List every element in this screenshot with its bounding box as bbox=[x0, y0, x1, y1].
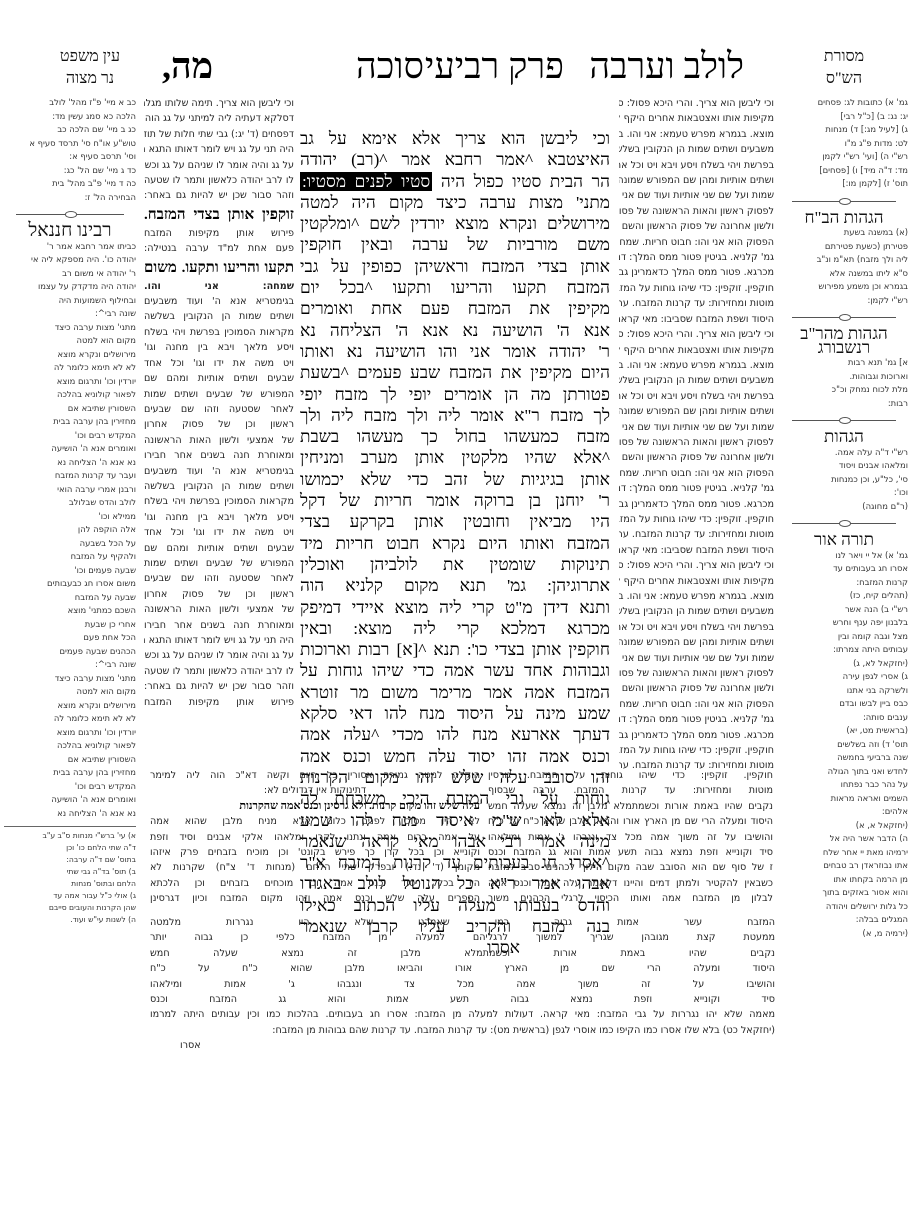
rashi-line: בפרשת ויהי בשלח ויסע ויבא ויט וכל אחד וא… bbox=[619, 620, 774, 635]
margin-left: כב א מיי' פ"ז מהל' לולב הלכה כא סמג עשין… bbox=[4, 96, 136, 926]
rashi-line: גמ' קלניא. בגיטין פטור ממס המלך: דמיפק bbox=[619, 481, 774, 496]
gemara-line: אותן בצדי המזבח וראשיהן כפופין על גבי bbox=[300, 256, 610, 277]
chananel-line: ובחילוף השמועות היה bbox=[4, 294, 136, 308]
torah-or-line: עבותים היתה צמרתו: bbox=[780, 643, 908, 657]
chananel-line: מירושלים ונקרא מוצא bbox=[4, 348, 136, 362]
rashi-line: לפסוק ראשון והאות הראשונה של פסוק אמצעי bbox=[619, 204, 774, 219]
rabbeinu-chananel-section: רבינו חננאל כביתו אמר רחבא אמר ר' יהודה … bbox=[4, 224, 136, 820]
chananel-line: ואומרים אנא ה' הושיעה bbox=[4, 793, 136, 807]
masoret-hashas-heading: מסורת הש"ס bbox=[784, 46, 904, 89]
rashi-line: ושתים אותיות ומהן שם המפורש שמונה שבעים … bbox=[619, 404, 774, 419]
tosafot-line: שמחה: אני והו. bbox=[144, 279, 294, 294]
tosafot-bottom-line: דתינוקות אין דגדולים לא: bbox=[150, 783, 480, 798]
rashi-bottom-line: היסוד ומעלה הרי שם מן הארץ אורו והביאו מ… bbox=[488, 814, 773, 829]
margin-right-section-3: הגהות רש"י ד"ה עלה אמה. ומלאהו אבנים ויס… bbox=[780, 430, 908, 513]
gemara-line: ^אלא שהיו מלקטין אותן מערב ומניחין bbox=[300, 447, 610, 468]
chananel-line: מחזירין בהן ערבה בבית bbox=[4, 415, 136, 429]
gemara-line: מכרגא דמלכא קרי ליה מוצא: ובאין bbox=[300, 618, 610, 639]
gemara-line: מקיפין את המזבח פעם אחת ואומרים bbox=[300, 298, 610, 319]
chananel-line: ואומרים אנא ה' הושיעה bbox=[4, 442, 136, 456]
bottom-line: (יחזקאל כט) בלא שלו אסרו כמו הקיפו כמו א… bbox=[150, 1023, 775, 1038]
ein-mishpat-line: כג ב מיי' שם הלכה כב bbox=[4, 123, 136, 137]
hagahot-heading: הגהות bbox=[780, 430, 908, 444]
rashi-line: הפסוק הוא אני והו: חבוט חריות. שמחבטין א… bbox=[619, 697, 774, 712]
bottom-line: המזבח עשר אמות גבוה כמו שאמרנו שלא היו נ… bbox=[150, 915, 775, 930]
chananel-line: נא אנא ה' הצליחה נא bbox=[4, 456, 136, 470]
ein-mishpat-line: כב א מיי' פ"ז מהל' לולב bbox=[4, 96, 136, 110]
perek-title: פרק רביעי bbox=[425, 48, 564, 84]
rashi-line: וכי ליבשן הוא צריך. והרי היכא פסול: סטיו… bbox=[619, 327, 774, 342]
bottom-line: ממעטת קצת מגובהן שגריך למשוך לרגליהם למע… bbox=[150, 930, 775, 945]
torah-or-line: אתו נבוזראדן רב טבחים bbox=[780, 859, 908, 873]
hagahot-line: ומלאהו אבנים ויסוד bbox=[780, 459, 908, 473]
maharab-line: רבות: bbox=[780, 397, 908, 411]
chananel-line: הכל אחת פעם bbox=[4, 631, 136, 645]
rashi-line: חוקפין. זוקפין: כדי שיהו גוחות על המזבח.… bbox=[619, 743, 774, 758]
rashi-line: ושתים אותיות ומהן שם המפורש שמונה שבעים … bbox=[619, 635, 774, 650]
gemara-line: היום מקיפין את המזבח שבע פעמים ^בשעת bbox=[300, 362, 610, 383]
tosafot-line: שבעים ושתים אותיות ומהם שם bbox=[144, 541, 294, 556]
margin-right-section-0: גמ' א) כתובות לג: פסחים יג: נג: ב) [כ"ל … bbox=[780, 96, 908, 191]
gemara-line: ותנא דידן מ"ט קרי ליה מוצא איידי דמיפק bbox=[300, 597, 610, 618]
ein-mishpat-heading: עין משפט נר מצוה bbox=[40, 46, 140, 89]
torah-or-line: (יחזקאל לא, ג) bbox=[780, 657, 908, 671]
rashi-line: היסוד ושפת המזבח שסביבו: מאי קראה. אסרו … bbox=[619, 543, 774, 558]
masoret-line: רש"י ה) [ועי' רש"י לקמן bbox=[780, 150, 908, 164]
tosafot-line: מקראות הסמוכין בפרשת ויהי בשלח bbox=[144, 325, 294, 340]
rashi-line: היסוד ושפת המזבח שסביבו: מאי קראה. אסרו … bbox=[619, 312, 774, 327]
tosafot-line: המפורש של שבעים ושתים שמות bbox=[144, 387, 294, 402]
chananel-line: ממילא וכו' bbox=[4, 510, 136, 524]
highlighted-phrase[interactable]: סטיו לפנים מסטיו: bbox=[300, 172, 432, 191]
torah-or-line: על נהר כבר נפתחו bbox=[780, 778, 908, 792]
rashi-line: שמות ועל שם שני אותיות ועוד שם אני והו bbox=[619, 420, 774, 435]
gemara-line: אתרוגיהן: גמ' תנא מקום קלניא הוה bbox=[300, 575, 610, 596]
rashi-line: בפרשת ויהי בשלח ויסע ויבא ויט וכל אחד וא… bbox=[619, 158, 774, 173]
torah-or-line: שנה ברביעי בחמשה bbox=[780, 751, 908, 765]
torah-or-line: רש"י ב) הנה אשר bbox=[780, 603, 908, 617]
tosafot-bottom: הוקלה למטה גמורה אסורין כל היום וקשה דא"… bbox=[150, 768, 480, 907]
tosafot-line: היה תני על גג ויש לומר דאותו התגא היה שו… bbox=[144, 633, 294, 648]
margin-left-footnotes: א) עי' ברש"י מנחות ס"ב ע"ב ד"ה שתי הלחם … bbox=[4, 826, 136, 926]
rashi-line: גמ' קלניא. בגיטין פטור ממס המלך: דמיפק bbox=[619, 712, 774, 727]
tosafot-line: ומאוחרת חנה בשנים אחר חבירו bbox=[144, 448, 294, 463]
chananel-line: לפאור קולוניא בהלכה bbox=[4, 388, 136, 402]
tosafot-line: ומאוחרת חנה בשנים אחר חבירו bbox=[144, 618, 294, 633]
masoret-title: מסורת bbox=[784, 46, 904, 68]
chananel-line: המקדש רבים וכו' bbox=[4, 780, 136, 794]
rashi-bottom-line: סיד וקונייא וזפת נמצא גבוה תשע אמות והוא… bbox=[488, 845, 773, 860]
tosafot-line: מקראות הסמוכין בפרשת ויהי בשלח bbox=[144, 494, 294, 509]
rashi-line: ושתים אותיות ומהן שם המפורש שמונה שבעים … bbox=[619, 173, 774, 188]
rashi-line: גמ' קלניא. בגיטין פטור ממס המלך: דמיפק bbox=[619, 250, 774, 265]
rabbeinu-chananel-heading: רבינו חננאל bbox=[4, 224, 136, 238]
rashi-line: חוקפין. זוקפין: כדי שיהו גוחות על המזבח.… bbox=[619, 281, 774, 296]
torah-or-heading: תורה אור bbox=[780, 533, 908, 547]
gemara-line: וכנס אמה זהו יסוד עלה חמש וכנס אמה bbox=[300, 746, 610, 767]
rashi-line: שמות ועל שם שני אותיות ועוד שם אני והו bbox=[619, 651, 774, 666]
bottom-line: היסוד ומעלה הרי שם מן הארץ אורו והביאו מ… bbox=[150, 961, 775, 976]
tosafot-line: על גג והיה אומר לו שניהם על גג וכשהגיע bbox=[144, 158, 294, 173]
rashi-line: בפרשת ויהי בשלח ויסע ויבא ויט וכל אחד וא… bbox=[619, 389, 774, 404]
hagahot-line: (ר"ם מחוגה) bbox=[780, 500, 908, 514]
torah-or-line: ה) הדבר אשר היה אל bbox=[780, 832, 908, 846]
gemara-line: לך מזבח ר"א אומר ליה ולך מזבח ליה ולך bbox=[300, 405, 610, 426]
footnote-line: שהן הקרנות והעובים סייבם bbox=[4, 902, 136, 914]
tosafot-line: וכי ליבשן הוא צריך. תימה שלותו מגלה נתחל… bbox=[144, 96, 294, 111]
torah-or-line: ירמיהו מאת יי אחר שלח bbox=[780, 846, 908, 860]
tosafot-line: בגימטריא אנא ה' ועוד משבעים bbox=[144, 294, 294, 309]
chananel-line: השסורין שתיבא אם bbox=[4, 753, 136, 767]
tosafot-line: פירוש אותן מקיפות המזבח bbox=[144, 695, 294, 710]
masoret-line: גמ' א) כתובות לג: פסחים bbox=[780, 96, 908, 110]
masoret-line: ג) [לעיל מג:] ד) מנחות bbox=[780, 123, 908, 137]
rashi-bottom-line: ז של סוף שם הוא הסובב שבה מקום הילוך לכה… bbox=[488, 860, 773, 875]
gemara-line: תינוקות שומטין את לולביהן ואוכלין bbox=[300, 554, 610, 575]
rashi-line: מקיפות אותו ואצטבאות אחרים היקף לפנים מה… bbox=[619, 343, 774, 358]
tosafot-line: שבעים ושתים אותיות ומהם שם bbox=[144, 371, 294, 386]
bottom-catchword: אסרו bbox=[150, 1038, 775, 1053]
masoret-line: תוס' ז) [לקמן מו:] bbox=[780, 177, 908, 191]
rashi-line: משבעים ושתים שמות הן הנקובין בשלשה מקראו… bbox=[619, 373, 774, 388]
tosafot-line: היה תני על גג ויש לומר דאותו התגא היה שו… bbox=[144, 142, 294, 157]
rashi-line: מכרגא. פטור ממס המלך כדאמרינן גבי נחום: … bbox=[619, 265, 774, 280]
rashi-line: משבעים ושתים שמות הן הנקובין בשלשה מקראו… bbox=[619, 604, 774, 619]
tosafot-line: של אמצעי ולשון האות הראשונה bbox=[144, 602, 294, 617]
mishnah-start-line: מתני' מצות ערבה כיצד מקום היה למטה bbox=[300, 192, 610, 213]
chananel-line: אחרי כן שבעת bbox=[4, 618, 136, 632]
chananel-line: לולב והדס שבלולב bbox=[4, 496, 136, 510]
gemara-line: המזבח תקעו והריעו ותקעו ^בכל יום bbox=[300, 277, 610, 298]
torah-or-line: ענבים סותה: bbox=[780, 711, 908, 725]
ein-mishpat-section: כב א מיי' פ"ז מהל' לולב הלכה כא סמג עשין… bbox=[4, 96, 136, 204]
chananel-line: כביתו אמר רחבא אמר ר' bbox=[4, 240, 136, 254]
chapter-title: לולב וערבה bbox=[589, 48, 744, 84]
tosafot-line: ויסע מלאך ויבא בין מחנה וגו' bbox=[144, 340, 294, 355]
chananel-line: ורבנן אמרי ערבה הואי bbox=[4, 483, 136, 497]
bottom-line: והושיבו על זה משוך אמה מכל צד ונגבהו ג' … bbox=[150, 977, 775, 992]
hagahot-habach-heading: הגהות הב"ח bbox=[780, 211, 908, 225]
gemara-line: האיצטבא ^אמר רחבא אמר ^(רב) יהודה bbox=[300, 149, 610, 170]
rashi-line: וכי ליבשן הוא צריך. והרי היכא פסול: סטיו… bbox=[619, 96, 774, 111]
bach-line: בגמרא וכן משמע מפירוש bbox=[780, 280, 908, 294]
torah-or-line: אסרו חג בעבותים עד bbox=[780, 562, 908, 576]
chananel-line: מירושלים ונקרא מוצא bbox=[4, 699, 136, 713]
rashi-line: ולשון אחרונה של פסוק הראשון והשם הבא מרא… bbox=[619, 219, 774, 234]
chananel-line: מקום הוא למטה bbox=[4, 334, 136, 348]
torah-or-line: השמים ואראה מראות bbox=[780, 792, 908, 806]
gemara-line: ר' יהודה אומר אני והו הושיעה נא ואותו bbox=[300, 341, 610, 362]
ornament-divider bbox=[792, 519, 896, 527]
chananel-line: ר' יהודה אי משום רב bbox=[4, 267, 136, 281]
tosafot-line: ויסע מלאך ויבא בין מחנה וגו' bbox=[144, 510, 294, 525]
gemara-line: ר' יוחנן בן ברוקה אומר חריות של דקל bbox=[300, 490, 610, 511]
tosafot-bottom-line: וקונייא וכן בכל קרן כך פירש בקונט' וכן מ… bbox=[150, 845, 480, 860]
bach-line: (א) במשנה בשעת bbox=[780, 226, 908, 240]
chananel-line: מקום הוא למטה bbox=[4, 685, 136, 699]
margin-right-section-2: הגהות מהר"ב רנשבורג א] גמ' תנא רבות וארו… bbox=[780, 327, 908, 410]
chananel-line: נא אנא ה' הצליחה נא bbox=[4, 807, 136, 821]
bach-line: פטירתן (כשעת פטירתם bbox=[780, 240, 908, 254]
torah-or-line: מן הרמה בקחתו אתו bbox=[780, 873, 908, 887]
footnote-line: ד"ה שתי הלחם כו' וכן bbox=[4, 842, 136, 854]
chananel-line: השכם כמתני' מוצא bbox=[4, 604, 136, 618]
chananel-line: שונה רבי^: bbox=[4, 307, 136, 321]
chananel-line: יהודה כו'. היה מספקא ליה אי bbox=[4, 253, 136, 267]
tosafot-line: המפורש של שבעים ושתים שמות bbox=[144, 556, 294, 571]
footnote-line: ג) אולי כ"ל עבור אמה עד bbox=[4, 890, 136, 902]
tosafot-commentary: וכי ליבשן הוא צריך. תימה שלותו מגלה נתחל… bbox=[144, 96, 294, 710]
tosafot-bottom-line: הספרים עלה שלש וכנס אמה וזהו מקום המזבח … bbox=[150, 891, 480, 906]
rashi-line: ולשון אחרונה של פסוק הראשון והשם הבא מרא… bbox=[619, 681, 774, 696]
rashi-bottom-line: נקבים שהיו באמת אורות וכשמתמלא מלבן זה נ… bbox=[488, 799, 773, 814]
bach-line: ס"א ליתו במשנה אלא bbox=[780, 267, 908, 281]
chananel-line: אלה הוקפה להן bbox=[4, 523, 136, 537]
ein-mishpat-line: כד ג מיי' שם הל' כג: bbox=[4, 164, 136, 178]
gemara-line: שמע מינה על היסוד מנח להו דאי סלקא bbox=[300, 703, 610, 724]
chananel-line: שבעה פעמים וכו' bbox=[4, 564, 136, 578]
rashi-line: מוצא. בגמרא מפרש טעמא: אני והו. בגימטריא… bbox=[619, 127, 774, 142]
footnote-line: ב) תוס' בד"ה גבי שתי bbox=[4, 866, 136, 878]
torah-or-line: מצל וגבה קומה ובין bbox=[780, 630, 908, 644]
torah-or-line: תוס' ד) וזה בשלשים bbox=[780, 738, 908, 752]
hagahot-maharab-heading: הגהות מהר"ב רנשבורג bbox=[780, 327, 908, 354]
masoret-line: לט: מדות פ"ג מ"ו bbox=[780, 137, 908, 151]
tosafot-bottom-line: לא היו מסוכין לפנים כלום אלא מניח מלבן ש… bbox=[150, 814, 480, 829]
tosafot-line: וזהר סבור שכן יש להיות גם באחר: bbox=[144, 188, 294, 203]
bottom-commentary: המזבח עשר אמות גבוה כמו שאמרנו שלא היו נ… bbox=[150, 915, 775, 1054]
gemara-line: פטורתן מה הן אומרים יופי לך מזבח יופי bbox=[300, 384, 610, 405]
gemara-line: אנא ה' הושיעה נא אנא ה' הצליחה נא bbox=[300, 320, 610, 341]
bach-line: ליה ולך מזבח) תא"מ ונ"ב bbox=[780, 253, 908, 267]
rashi-line: הפסוק הוא אני והו: חבוט חריות. שמחבטין א… bbox=[619, 235, 774, 250]
chananel-line: מתני' מצות ערבה כיצד bbox=[4, 672, 136, 686]
maharab-line: א] גמ' תנא רבות bbox=[780, 356, 908, 370]
chananel-line: יהודה היה מדקדק על עצמו bbox=[4, 280, 136, 294]
tosafot-bottom-line: הוקלה למטה גמורה אסורין כל היום וקשה דא"… bbox=[150, 768, 480, 783]
chananel-line: לפאור קולוניא בהלכה bbox=[4, 739, 136, 753]
gemara-line: הר הבית סטיו כפול היה סטיו לפנים מסטיו: bbox=[300, 171, 610, 192]
torah-or-line: לחדש ואני בתוך הגולה bbox=[780, 765, 908, 779]
torah-or-line: (תהלים קיח, כז) bbox=[780, 589, 908, 603]
tosafot-line: בגימטריא אנא ה' ועוד משבעים bbox=[144, 464, 294, 479]
maharab-line: מלת לכוח נמחק וכ"כ bbox=[780, 383, 908, 397]
tosafot-line: דסלקא דעתיה ליה למיתני על גג הוה תני על … bbox=[144, 111, 294, 126]
chananel-line: משום אסרו חג כבעבותים bbox=[4, 577, 136, 591]
gemara-line: אותן בגיגיות של זהב כדי שלא יכמושו bbox=[300, 469, 610, 490]
hagahot-line: סי', כל"ע, וכן כמנחות bbox=[780, 473, 908, 487]
hagahot-line: וכו': bbox=[780, 486, 908, 500]
chananel-line: שבעה על המזבח bbox=[4, 591, 136, 605]
ein-mishpat-line: וסי' תרסב סעיף א: bbox=[4, 150, 136, 164]
gemara-line: מירושלים ונקרא מוצא יורדין לשם ^ומלקטין bbox=[300, 213, 610, 234]
gemara-line: משם מורביות של ערבה ובאין חוקפין bbox=[300, 234, 610, 255]
bach-line: רש"י לקמן: bbox=[780, 294, 908, 308]
chananel-line: לא לא תימא כלומר לה bbox=[4, 361, 136, 375]
tosafot-line: ושתים שמות הן הנקובין בשלשה bbox=[144, 479, 294, 494]
tosafot-line: של אמצעי ולשון האות הראשונה bbox=[144, 433, 294, 448]
ein-mishpat-line: טוש"ע או"ח סי' תרסד סעיף א bbox=[4, 137, 136, 151]
torah-or-line: המגלים בבלה: bbox=[780, 913, 908, 927]
gemara-line: היו מביאין וחובטין אותן בקרקע בצדי bbox=[300, 511, 610, 532]
rashi-bottom-line: והושיבו על זה משוך אמה מכל צד ונגבהו ג' … bbox=[488, 830, 773, 845]
tosafot-dh-ola: עלה שלש זהו מקום קרנות. ולא גרסינן וכנס … bbox=[239, 800, 480, 812]
torah-or-line: קרנות המזבח: bbox=[780, 576, 908, 590]
gemara-line: המזבח ואותו היום נקרא חבוט חריות מיד bbox=[300, 533, 610, 554]
chananel-line: הכהנים שבעה פעמים bbox=[4, 645, 136, 659]
torah-or-line: (יחזקאל א, א) bbox=[780, 819, 908, 833]
tosafot-line: וזהר סבור שכן יש להיות גם באחר: bbox=[144, 679, 294, 694]
masoret-subtitle: הש"ס bbox=[784, 68, 904, 90]
ein-mishpat-line: הבחירה הל' ז: bbox=[4, 191, 136, 205]
ornament-divider bbox=[792, 197, 896, 205]
footnote-line: ה) לשנות עי"ש ועוד. bbox=[4, 914, 136, 926]
tosafot-bottom-line: על אמה ברום אמה ונתנו לקרן ומלאהו אלקי א… bbox=[150, 830, 480, 845]
torah-or-line: ג) אסרי לגפן עירה bbox=[780, 670, 908, 684]
maharab-line: וארוכות וגבוהות. bbox=[780, 370, 908, 384]
chananel-line: יורדין וכו' ותרגום מוצא bbox=[4, 726, 136, 740]
gemara-line: מזבח כמעשהו בחול כך מעשהו בשבת bbox=[300, 426, 610, 447]
gemara-line-text: הר הבית סטיו כפול היה bbox=[441, 172, 610, 191]
ein-mishpat-line: כה ד מיי' פ"ב מהל' בית bbox=[4, 177, 136, 191]
rashi-line: מוטות ומחזירות: עד קרנות המזבח. ערבה שבס… bbox=[619, 296, 774, 311]
tractate-title: סוכה bbox=[356, 48, 424, 84]
footnote-line: הלחם ובתוס' מנחות bbox=[4, 878, 136, 890]
tosafot-dibbur-hamatchil: עלה שלש זהו מקום קרנות. ולא גרסינן וכנס … bbox=[150, 799, 480, 814]
rashi-line: לפסוק ראשון והאות הראשונה של פסוק אמצעי bbox=[619, 666, 774, 681]
torah-or-line: והוא אסור באזקים בתוך bbox=[780, 886, 908, 900]
rashi-line: חוקפין. זוקפין: כדי שיהו גוחות על המזבח.… bbox=[619, 512, 774, 527]
torah-or-line: גמ' א) אל יי ויאר לנו bbox=[780, 549, 908, 563]
gemara-line: וכי ליבשן הוא צריך אלא אימא על גב bbox=[300, 128, 610, 149]
chananel-line: מחזירין בהן ערבה בבית bbox=[4, 766, 136, 780]
tosafot-dibbur-hamatchil: זוקפין אותן בצדי המזבח. bbox=[144, 204, 294, 226]
bottom-line: נקבים שהיו באמת אורות וכשמתמלא מלבן זה נ… bbox=[150, 946, 775, 961]
rashi-bottom-line: כשבאין להקטיר ולמתן דמים והיינו דקאמר על… bbox=[488, 876, 773, 891]
rashi-bottom-line: מוטות ומחזירות: עד קרנות המזבח. ערבה שבס… bbox=[488, 783, 773, 798]
margin-right-section-1: הגהות הב"ח (א) במשנה בשעת פטירתן (כשעת פ… bbox=[780, 211, 908, 308]
gemara-line: המזבח אמה אמר מרימר משום מר זוטרא bbox=[300, 682, 610, 703]
ornament-divider bbox=[792, 416, 896, 424]
chananel-line: השסורין שתיבא אם bbox=[4, 402, 136, 416]
gemara-line: דעתך אארעא מנח להו מכדי ^עלה אמה bbox=[300, 724, 610, 745]
tosafot-line: פעם אחת למ"ד ערבה בנטילה: bbox=[144, 241, 294, 256]
chananel-line: על הכל בשבעה bbox=[4, 537, 136, 551]
torah-or-line: (בראשית מט, יא) bbox=[780, 724, 908, 738]
masoret-line: מד: ד"ה מיד] ו) [פסחים] bbox=[780, 164, 908, 178]
rashi-line: לפסוק ראשון והאות הראשונה של פסוק אמצעי bbox=[619, 435, 774, 450]
torah-or-line: כבס ביין לבשו ובדם bbox=[780, 697, 908, 711]
torah-or-line: כל גלות ירושלים ויהודה bbox=[780, 900, 908, 914]
tosafot-bottom-line: מקומן (ד' נד.) ובפרק שתי הלחם (מנחות ד' … bbox=[150, 860, 480, 875]
chananel-line: המקדש רבים וכו' bbox=[4, 429, 136, 443]
tosafot-line: לו לרב יהודה כלאשון ותמר לו שטעה bbox=[144, 173, 294, 188]
rashi-line: מכרגא. פטור ממס המלך כדאמרינן גבי נחום: … bbox=[619, 728, 774, 743]
rashi-line: מוטות ומחזירות: עד קרנות המזבח. ערבה שבס… bbox=[619, 527, 774, 542]
bottom-line: מאמה שלא יהו נגררות על גבי המזבח: מאי קר… bbox=[150, 1007, 775, 1022]
gemara-line: וגבוהות אחד עשר אמה כדי שיהו גוחות על bbox=[300, 660, 610, 681]
rashi-line: ולשון אחרונה של פסוק הראשון והשם הבא מרא… bbox=[619, 450, 774, 465]
torah-or-line: בלבנון יפה ענף וחרש bbox=[780, 616, 908, 630]
tosafot-line: לאחר שסטעה וזהו שם שבעים bbox=[144, 571, 294, 586]
tosafot-line: על גג והיה אומר לו שניהם על גג וכשהגיע bbox=[144, 648, 294, 663]
chananel-line: יורדין וכו' ותרגום מוצא bbox=[4, 375, 136, 389]
footnote-line: א) עי' ברש"י מנחות ס"ב ע"ב bbox=[4, 830, 136, 842]
rashi-bottom: חוקפין. זוקפין: כדי שיהו גוחות על המזבח.… bbox=[488, 768, 773, 907]
margin-right: גמ' א) כתובות לג: פסחים יג: נג: ב) [כ"ל … bbox=[780, 96, 908, 940]
tosafot-bottom-line: היו בכלל יסוד וכנס אמה וכן מוכחים בזבחים… bbox=[150, 876, 480, 891]
tosafot-dibbur-hamatchil: תקעו והריעו ותקעו. משום bbox=[144, 257, 294, 279]
rashi-line: מקיפות אותו ואצטבאות אחרים היקף לפנים מה… bbox=[619, 574, 774, 589]
ornament-divider bbox=[792, 313, 896, 321]
ein-mishpat-title: עין משפט bbox=[40, 46, 140, 68]
chananel-line: שונה רבי^: bbox=[4, 658, 136, 672]
daf-number: מה, bbox=[162, 48, 213, 84]
tosafot-line: ראשון וכן של פסוק אחרון bbox=[144, 417, 294, 432]
tosafot-line: לו לרב יהודה כלאשון ותמר לו שטעה bbox=[144, 664, 294, 679]
rashi-line: הפסוק הוא אני והו: חבוט חריות. שמחבטין א… bbox=[619, 466, 774, 481]
hagahot-line: רש"י ד"ה עלה אמה. bbox=[780, 446, 908, 460]
rashi-line: שמות ועל שם שני אותיות ועוד שם אני והו bbox=[619, 188, 774, 203]
torah-or-line: (ירמיה מ, א) bbox=[780, 927, 908, 941]
tosafot-line: דפסחים (ד' יג:) גבי שתי חלות של תודה דה"… bbox=[144, 127, 294, 142]
tosafot-line: ראשון וכן של פסוק אחרון bbox=[144, 587, 294, 602]
chananel-line: ולהקיף על המזבח bbox=[4, 550, 136, 564]
ein-mishpat-line: הלכה כא סמג עשין מד: bbox=[4, 110, 136, 124]
tosafot-line: ויט משה את ידו וגו' וכל אחד bbox=[144, 525, 294, 540]
rashi-bottom-line: חוקפין. זוקפין: כדי שיהו גוחות על המזבח.… bbox=[488, 768, 773, 783]
rashi-line: מוצא. בגמרא מפרש טעמא: אני והו. בגימטריא… bbox=[619, 589, 774, 604]
tosafot-line: לאחר שסטעה וזהו שם שבעים bbox=[144, 402, 294, 417]
footnote-line: בתוס' שם ד"ה ערבה: bbox=[4, 854, 136, 866]
tosafot-line: ויט משה את ידו וגו' וכל אחד bbox=[144, 356, 294, 371]
ein-mishpat-subtitle: נר מצוה bbox=[40, 68, 140, 90]
rashi-line: משבעים ושתים שמות הן הנקובין בשלשה מקראו… bbox=[619, 142, 774, 157]
ornament-divider bbox=[16, 210, 124, 218]
rashi-line: וכי ליבשן הוא צריך. והרי היכא פסול: סטיו… bbox=[619, 558, 774, 573]
tosafot-line: פירוש אותן מקיפות המזבח bbox=[144, 226, 294, 241]
bottom-line: סיד וקונייא וזפת נמצא גבוה תשע אמות והוא… bbox=[150, 992, 775, 1007]
rashi-line: מוצא. בגמרא מפרש טעמא: אני והו. בגימטריא… bbox=[619, 358, 774, 373]
gemara-line: חוקפין אותן בצדי כו': תנא ^[א] רבות וארו… bbox=[300, 639, 610, 660]
rashi-commentary: וכי ליבשן הוא צריך. והרי היכא פסול: סטיו… bbox=[619, 96, 774, 774]
rashi-line: מקיפות אותו ואצטבאות אחרים היקף לפנים מה… bbox=[619, 111, 774, 126]
rashi-bottom-line: לבלון מן המזבח אמה ואותו הכיסוי לרגלי הכ… bbox=[488, 891, 773, 906]
chananel-line: מתני' מצות ערבה כיצד bbox=[4, 321, 136, 335]
masoret-line: יג: נג: ב) [כ"ל רבי] bbox=[780, 110, 908, 124]
chananel-line: לא לא תימא כלומר לה bbox=[4, 712, 136, 726]
rashi-line: מכרגא. פטור ממס המלך כדאמרינן גבי נחום: … bbox=[619, 497, 774, 512]
chananel-line: ועבר עד קרנות המזבח bbox=[4, 469, 136, 483]
margin-right-section-4: תורה אור גמ' א) אל יי ויאר לנו אסרו חג ב… bbox=[780, 533, 908, 940]
tosafot-line: ושתים שמות הן הנקובין בשלשה bbox=[144, 309, 294, 324]
torah-or-line: ולשרקה בני אתנו bbox=[780, 684, 908, 698]
torah-or-line: אלהים: bbox=[780, 805, 908, 819]
